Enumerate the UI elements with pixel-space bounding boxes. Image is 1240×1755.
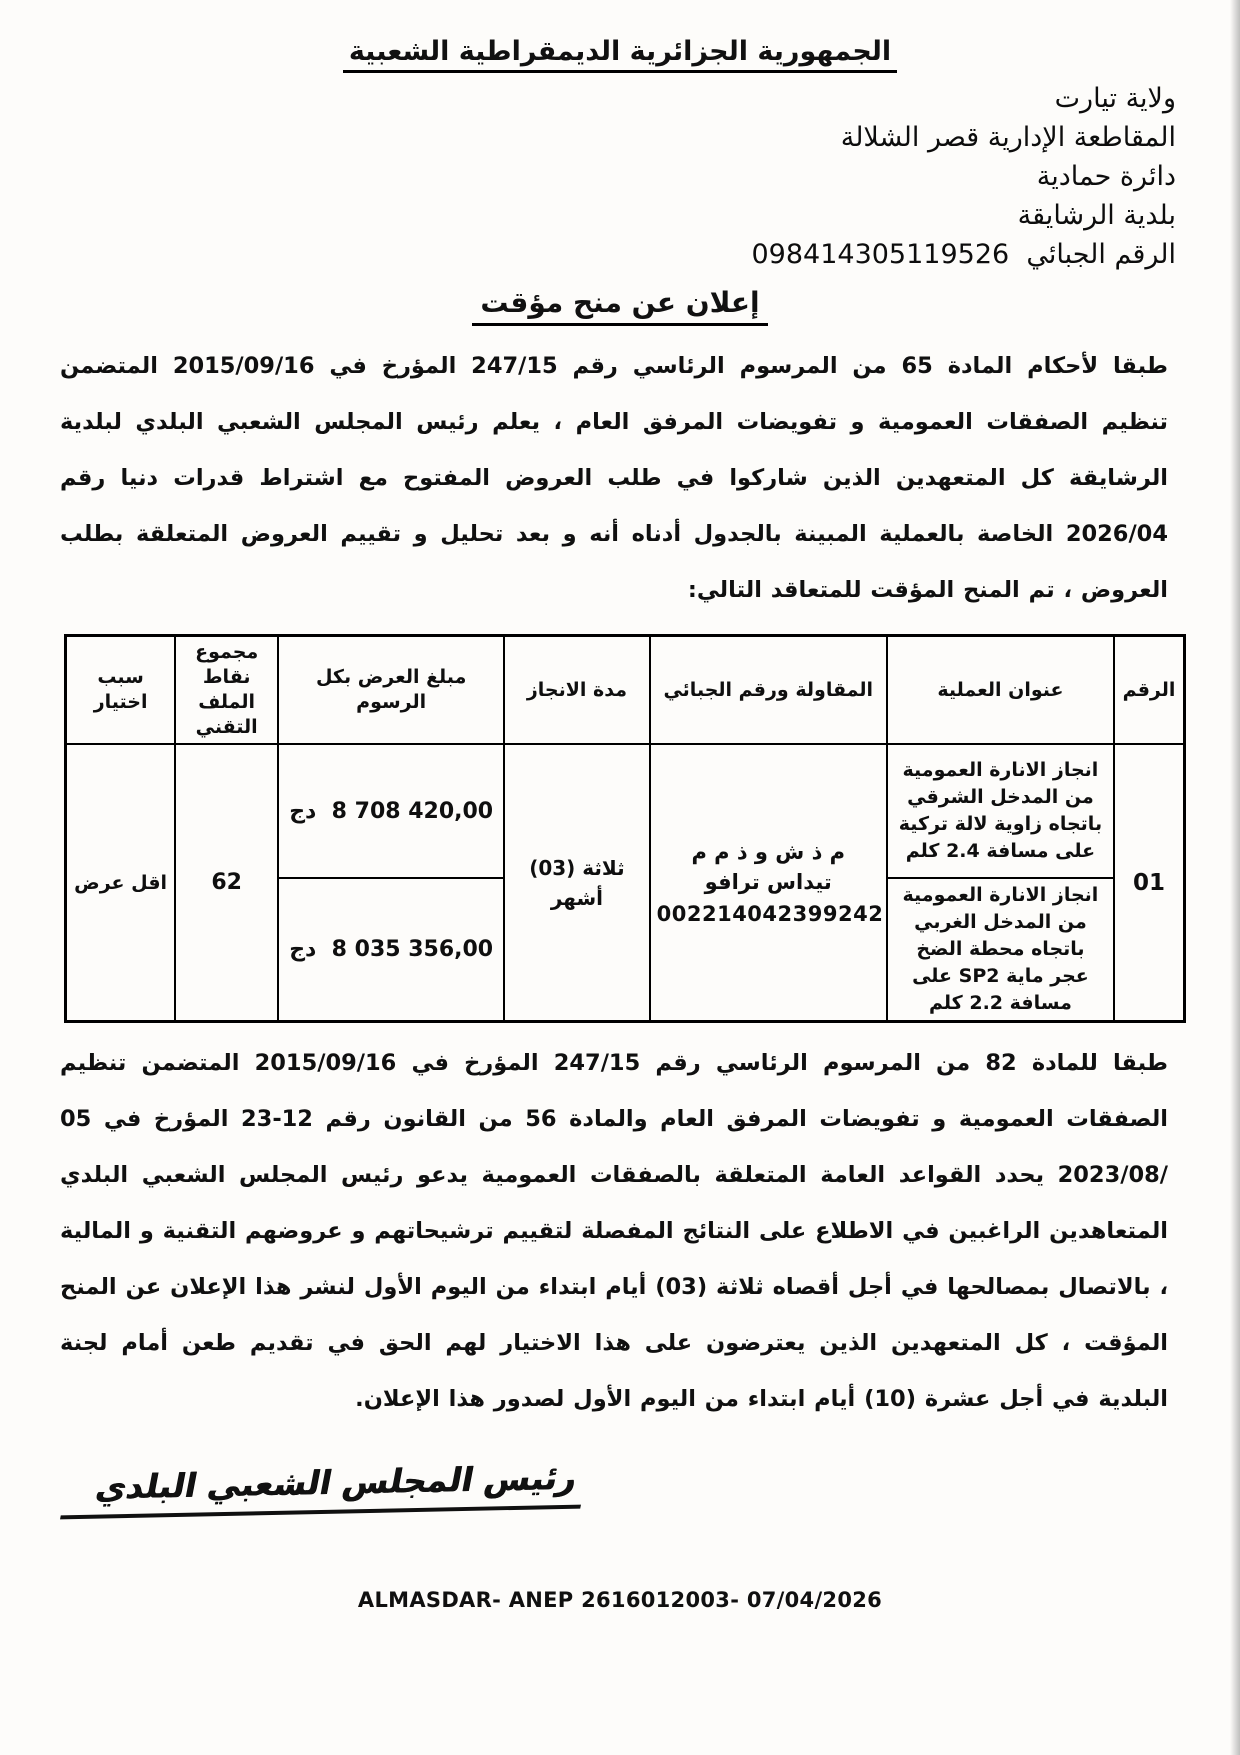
intro-paragraph: طبقا لأحكام المادة 65 من المرسوم الرئاسي… — [60, 338, 1168, 618]
cell-selection-reason: اقل عرض — [66, 744, 176, 1022]
amount-1-currency: دج — [289, 799, 316, 824]
header-contractor: المقاولة ورقم الجبائي — [650, 636, 887, 745]
cell-number: 01 — [1114, 744, 1184, 1022]
header-amount: مبلغ العرض بكل الرسوم — [278, 636, 504, 745]
cell-operation-2: انجاز الانارة العمومية من المدخل الغربي … — [887, 878, 1114, 1022]
amount-2-currency: دج — [289, 937, 316, 962]
signature-handwriting: رئيس المجلس الشعبي البلدي — [60, 1458, 590, 1520]
org-line-commune: بلدية الرشايقة — [0, 196, 1176, 235]
org-line-district: المقاطعة الإدارية قصر الشلالة — [0, 118, 1176, 157]
header-number: الرقم — [1114, 636, 1184, 745]
table-header-row: الرقم عنوان العملية المقاولة ورقم الجبائ… — [66, 636, 1185, 745]
header-technical-score: مجموع نقاط الملف التقني — [175, 636, 278, 745]
cell-duration: ثلاثة (03) أشهر — [504, 744, 649, 1022]
footer-anep-line: ALMASDAR- ANEP 2616012003- 07/04/2026 — [0, 1588, 1240, 1612]
republic-header: الجمهورية الجزائرية الديمقراطية الشعبية — [343, 36, 897, 73]
org-line-wilaya: ولاية تيارت — [0, 79, 1176, 118]
cell-amount-1: 8 708 420,00 دج — [278, 744, 504, 878]
cell-operation-1: انجاز الانارة العمومية من المدخل الشرقي … — [887, 744, 1114, 878]
doc-title: إعلان عن منح مؤقت — [472, 286, 767, 326]
cell-contractor: م ذ ش و ذ م م تيداس ترافو 00221404239924… — [650, 744, 887, 1022]
signature-block: رئيس المجلس الشعبي البلدي — [66, 1463, 584, 1514]
amount-1-value: 8 708 420,00 — [332, 799, 493, 824]
cell-technical-score: 62 — [175, 744, 278, 1022]
org-line-tax: الرقم الجبائي 098414305119526 — [0, 235, 1176, 274]
org-line-daira: دائرة حمادية — [0, 157, 1176, 196]
award-table: الرقم عنوان العملية المقاولة ورقم الجبائ… — [64, 634, 1186, 1023]
republic-header-wrap: الجمهورية الجزائرية الديمقراطية الشعبية — [0, 0, 1240, 73]
closing-paragraph: طبقا للمادة 82 من المرسوم الرئاسي رقم 24… — [60, 1035, 1168, 1427]
tax-label: الرقم الجبائي — [1026, 239, 1176, 270]
scan-edge-artifact — [1230, 0, 1240, 1755]
amount-2-value: 8 035 356,00 — [332, 937, 493, 962]
tax-number: 098414305119526 — [752, 239, 1010, 270]
header-selection-reason: سبب اختيار — [66, 636, 176, 745]
doc-title-wrap: إعلان عن منح مؤقت — [0, 286, 1240, 326]
table-row: 01 انجاز الانارة العمومية من المدخل الشر… — [66, 744, 1185, 878]
header-operation-title: عنوان العملية — [887, 636, 1114, 745]
header-duration: مدة الانجاز — [504, 636, 649, 745]
cell-amount-2: 8 035 356,00 دج — [278, 878, 504, 1022]
contractor-tax-number: 002214042399242 — [657, 899, 880, 929]
contractor-name: م ذ ش و ذ م م تيداس ترافو — [657, 837, 880, 897]
issuing-authority-block: ولاية تيارت المقاطعة الإدارية قصر الشلال… — [0, 79, 1240, 274]
